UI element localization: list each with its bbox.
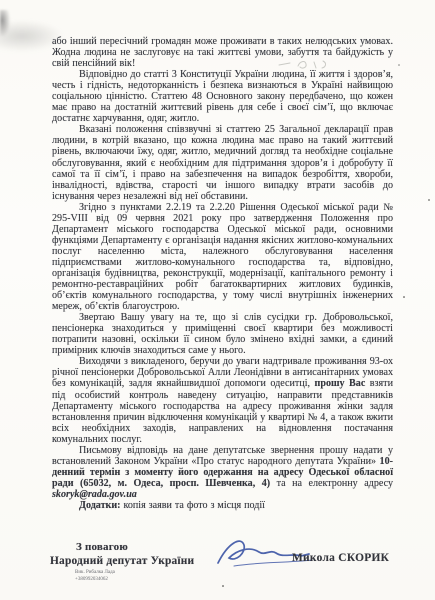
paragraph-request: Виходячи з викладеного, беручи до уваги … <box>52 356 393 444</box>
scan-speck <box>398 64 400 66</box>
attachments-label: Додатки: <box>79 500 121 511</box>
signer-name: Микола СКОРИК <box>292 552 389 564</box>
scan-speck <box>403 296 405 298</box>
paragraph-attachments: Додатки: копія заяви та фото з місця под… <box>52 500 393 511</box>
paragraph-text: копія заяви та фото з місця події <box>121 500 265 511</box>
paragraph-text: та на електронну адресу <box>270 478 393 489</box>
executor-phone: +380992034062 <box>75 577 115 584</box>
paragraph-neighbor-report: Звертаю Вашу увагу на те, що зі слів сус… <box>52 312 393 356</box>
letter-body: або інший пересічний громадян може прожи… <box>52 36 393 511</box>
scan-speck <box>222 585 224 587</box>
paragraph-constitution: Відповідно до статті 3 Конституції Украї… <box>52 69 393 124</box>
paragraph-declaration: Вказані положення співзвучні зі статтею … <box>52 124 393 201</box>
paragraph-text: Письмову відповідь на дане депутатське з… <box>52 445 393 467</box>
paragraph-intro-continuation: або інший пересічний громадян може прожи… <box>52 36 393 69</box>
paragraph-text: або інший пересічний громадян може прожи… <box>52 36 393 69</box>
executor-name: Вик. Рибалка Лада <box>75 570 115 577</box>
paragraph-text: Звертаю Вашу увагу на те, що зі слів сус… <box>52 312 393 356</box>
scanned-letter-page: або інший пересічний громадян може прожи… <box>0 0 435 600</box>
scan-speck <box>428 199 430 201</box>
paragraph-text: Згідно з пунктами 2.2.19 та 2.2.20 Рішен… <box>52 202 393 312</box>
paragraph-text: Вказані положення співзвучні зі статтею … <box>52 124 393 201</box>
closing-salutation: З повагою <box>76 541 128 553</box>
email-address-text: skoryk@rada.gov.ua <box>52 489 137 500</box>
executor-note: Вик. Рибалка Лада +380992034062 <box>75 570 115 583</box>
signer-title: Народний депутат України <box>50 555 194 567</box>
paragraph-text-bold: прошу Вас <box>315 378 366 389</box>
scan-blot <box>0 10 10 36</box>
paragraph-city-council-decision: Згідно з пунктами 2.2.19 та 2.2.20 Рішен… <box>52 202 393 312</box>
paragraph-text: Відповідно до статті 3 Конституції Украї… <box>52 69 393 124</box>
paragraph-response-deadline: Письмову відповідь на дане депутатське з… <box>52 445 393 500</box>
